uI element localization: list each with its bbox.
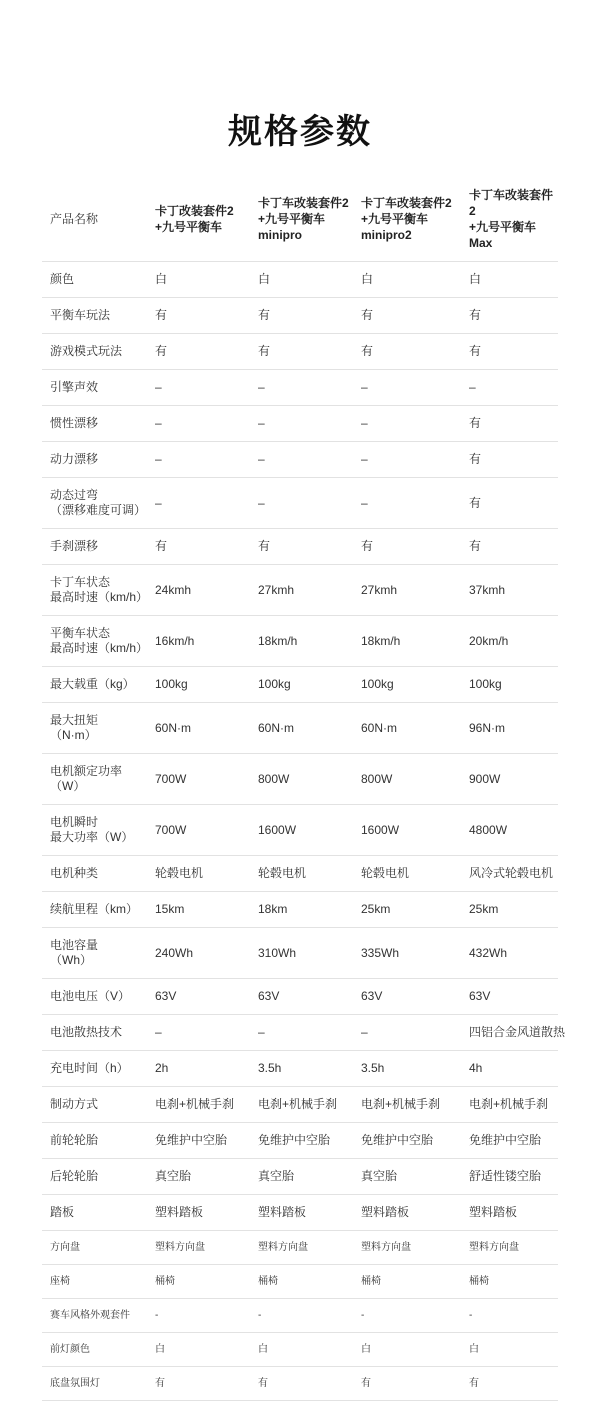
product-column-header-4: 卡丁车改装套件2 +九号平衡车 Max bbox=[469, 175, 558, 262]
spec-label: 电机额定功率 （W） bbox=[42, 754, 155, 805]
spec-value: 有 bbox=[155, 298, 258, 334]
spec-row: 电池容量 （Wh）240Wh310Wh335Wh432Wh bbox=[42, 928, 558, 979]
spec-value: 免维护中空胎 bbox=[361, 1123, 469, 1159]
spec-label: 电池电压（V） bbox=[42, 979, 155, 1015]
spec-page: 规格参数 产品名称 卡丁改装套件2 +九号平衡车 卡丁车改装套件2 +九号平衡车… bbox=[0, 0, 600, 1401]
spec-value: – bbox=[258, 370, 361, 406]
spec-value: 塑料踏板 bbox=[469, 1195, 558, 1231]
spec-label: 惯性漂移 bbox=[42, 406, 155, 442]
spec-value: 真空胎 bbox=[361, 1159, 469, 1195]
spec-value: 1600W bbox=[258, 805, 361, 856]
spec-row: 电池电压（V）63V63V63V63V bbox=[42, 979, 558, 1015]
spec-value: 900W bbox=[469, 754, 558, 805]
spec-value: 100kg bbox=[155, 667, 258, 703]
spec-value: - bbox=[258, 1299, 361, 1333]
spec-label: 充电时间（h） bbox=[42, 1051, 155, 1087]
spec-row: 最大扭矩 （N·m）60N·m60N·m60N·m96N·m bbox=[42, 703, 558, 754]
spec-value: 塑料方向盘 bbox=[155, 1231, 258, 1265]
spec-value: 有 bbox=[258, 334, 361, 370]
spec-value: 60N·m bbox=[258, 703, 361, 754]
spec-value: 电刹+机械手刹 bbox=[258, 1087, 361, 1123]
spec-row: 卡丁车状态 最高时速（km/h）24kmh27kmh27kmh37kmh bbox=[42, 565, 558, 616]
spec-value: 免维护中空胎 bbox=[469, 1123, 558, 1159]
spec-value: – bbox=[155, 478, 258, 529]
spec-value: 3.5h bbox=[258, 1051, 361, 1087]
spec-value: 白 bbox=[469, 262, 558, 298]
spec-value: 24kmh bbox=[155, 565, 258, 616]
spec-value: 25km bbox=[469, 892, 558, 928]
spec-value: 有 bbox=[469, 442, 558, 478]
spec-value: 4800W bbox=[469, 805, 558, 856]
spec-value: - bbox=[361, 1299, 469, 1333]
spec-row: 手刹漂移有有有有 bbox=[42, 529, 558, 565]
spec-value: 96N·m bbox=[469, 703, 558, 754]
spec-label: 踏板 bbox=[42, 1195, 155, 1231]
spec-label: 电池散热技术 bbox=[42, 1015, 155, 1051]
table-header-row: 产品名称 卡丁改装套件2 +九号平衡车 卡丁车改装套件2 +九号平衡车 mini… bbox=[42, 175, 558, 262]
spec-value: – bbox=[361, 370, 469, 406]
spec-row: 惯性漂移–––有 bbox=[42, 406, 558, 442]
spec-value: 白 bbox=[155, 262, 258, 298]
spec-value: 真空胎 bbox=[155, 1159, 258, 1195]
spec-row: 电机额定功率 （W）700W800W800W900W bbox=[42, 754, 558, 805]
spec-value: 800W bbox=[361, 754, 469, 805]
spec-label: 平衡车状态 最高时速（km/h） bbox=[42, 616, 155, 667]
spec-value: 3.5h bbox=[361, 1051, 469, 1087]
spec-row: 后轮轮胎真空胎真空胎真空胎舒适性镂空胎 bbox=[42, 1159, 558, 1195]
spec-value: 塑料方向盘 bbox=[469, 1231, 558, 1265]
spec-value: 100kg bbox=[469, 667, 558, 703]
spec-value: 700W bbox=[155, 805, 258, 856]
spec-value: – bbox=[155, 1015, 258, 1051]
spec-value: – bbox=[361, 1015, 469, 1051]
spec-value: – bbox=[155, 370, 258, 406]
spec-value: 有 bbox=[469, 478, 558, 529]
spec-value: 桶椅 bbox=[469, 1265, 558, 1299]
header-product-name-label: 产品名称 bbox=[42, 175, 155, 262]
spec-row: 游戏模式玩法有有有有 bbox=[42, 334, 558, 370]
spec-value: 800W bbox=[258, 754, 361, 805]
spec-value: – bbox=[258, 406, 361, 442]
spec-value: 有 bbox=[361, 298, 469, 334]
spec-value: 37kmh bbox=[469, 565, 558, 616]
spec-value: 有 bbox=[469, 529, 558, 565]
spec-value: 电刹+机械手刹 bbox=[361, 1087, 469, 1123]
spec-label: 动力漂移 bbox=[42, 442, 155, 478]
spec-value: 700W bbox=[155, 754, 258, 805]
spec-row: 动力漂移–––有 bbox=[42, 442, 558, 478]
spec-value: 18km/h bbox=[258, 616, 361, 667]
page-title: 规格参数 bbox=[0, 104, 600, 153]
spec-value: 25km bbox=[361, 892, 469, 928]
spec-value: – bbox=[469, 370, 558, 406]
spec-value: 63V bbox=[361, 979, 469, 1015]
spec-row: 平衡车状态 最高时速（km/h）16km/h18km/h18km/h20km/h bbox=[42, 616, 558, 667]
spec-label: 颜色 bbox=[42, 262, 155, 298]
spec-value: 有 bbox=[469, 298, 558, 334]
spec-row: 踏板塑料踏板塑料踏板塑料踏板塑料踏板 bbox=[42, 1195, 558, 1231]
spec-value: 1600W bbox=[361, 805, 469, 856]
spec-value: – bbox=[361, 478, 469, 529]
spec-label: 最大扭矩 （N·m） bbox=[42, 703, 155, 754]
spec-row: 制动方式电刹+机械手刹电刹+机械手刹电刹+机械手刹电刹+机械手刹 bbox=[42, 1087, 558, 1123]
spec-value: 有 bbox=[469, 406, 558, 442]
spec-label: 后轮轮胎 bbox=[42, 1159, 155, 1195]
spec-value: 有 bbox=[469, 334, 558, 370]
spec-value: 有 bbox=[258, 298, 361, 334]
spec-row: 赛车风格外观套件---- bbox=[42, 1299, 558, 1333]
spec-value: 20km/h bbox=[469, 616, 558, 667]
spec-value: 16km/h bbox=[155, 616, 258, 667]
spec-value: 白 bbox=[258, 262, 361, 298]
spec-row: 引擎声效–––– bbox=[42, 370, 558, 406]
spec-label: 动态过弯 （漂移难度可调） bbox=[42, 478, 155, 529]
spec-value: 免维护中空胎 bbox=[258, 1123, 361, 1159]
spec-value: 白 bbox=[361, 262, 469, 298]
spec-value: 白 bbox=[258, 1333, 361, 1367]
spec-row: 电池散热技术–––四铝合金风道散热 bbox=[42, 1015, 558, 1051]
spec-label: 方向盘 bbox=[42, 1231, 155, 1265]
spec-value: 白 bbox=[155, 1333, 258, 1367]
spec-label: 最大载重（kg） bbox=[42, 667, 155, 703]
spec-label: 平衡车玩法 bbox=[42, 298, 155, 334]
spec-value: 白 bbox=[469, 1333, 558, 1367]
spec-row: 颜色白白白白 bbox=[42, 262, 558, 298]
spec-label: 游戏模式玩法 bbox=[42, 334, 155, 370]
spec-value: 有 bbox=[258, 1367, 361, 1401]
product-column-header-1: 卡丁改装套件2 +九号平衡车 bbox=[155, 175, 258, 262]
spec-row: 前灯颜色白白白白 bbox=[42, 1333, 558, 1367]
spec-value: – bbox=[258, 478, 361, 529]
spec-value: 免维护中空胎 bbox=[155, 1123, 258, 1159]
spec-value: – bbox=[361, 442, 469, 478]
spec-value: 27kmh bbox=[258, 565, 361, 616]
spec-value: 4h bbox=[469, 1051, 558, 1087]
spec-value: 100kg bbox=[361, 667, 469, 703]
spec-value: – bbox=[155, 406, 258, 442]
spec-value: 轮毂电机 bbox=[155, 856, 258, 892]
product-column-header-2: 卡丁车改装套件2 +九号平衡车 minipro bbox=[258, 175, 361, 262]
spec-value: 有 bbox=[155, 529, 258, 565]
spec-value: 有 bbox=[155, 334, 258, 370]
spec-value: 15km bbox=[155, 892, 258, 928]
spec-table: 产品名称 卡丁改装套件2 +九号平衡车 卡丁车改装套件2 +九号平衡车 mini… bbox=[42, 175, 558, 1401]
spec-label: 续航里程（km） bbox=[42, 892, 155, 928]
spec-value: 电刹+机械手刹 bbox=[469, 1087, 558, 1123]
spec-value: 有 bbox=[361, 334, 469, 370]
spec-value: – bbox=[258, 442, 361, 478]
spec-row: 电机瞬时 最大功率（W）700W1600W1600W4800W bbox=[42, 805, 558, 856]
spec-label: 电机种类 bbox=[42, 856, 155, 892]
spec-value: 有 bbox=[361, 1367, 469, 1401]
spec-value: 63V bbox=[155, 979, 258, 1015]
spec-value: - bbox=[469, 1299, 558, 1333]
spec-label: 制动方式 bbox=[42, 1087, 155, 1123]
spec-label: 手刹漂移 bbox=[42, 529, 155, 565]
spec-value: 桶椅 bbox=[258, 1265, 361, 1299]
spec-value: 63V bbox=[469, 979, 558, 1015]
spec-label: 座椅 bbox=[42, 1265, 155, 1299]
spec-row: 动态过弯 （漂移难度可调）–––有 bbox=[42, 478, 558, 529]
spec-label: 前灯颜色 bbox=[42, 1333, 155, 1367]
spec-row: 电机种类轮毂电机轮毂电机轮毂电机风冷式轮毂电机 bbox=[42, 856, 558, 892]
spec-value: 四铝合金风道散热 bbox=[469, 1015, 558, 1051]
spec-value: 塑料踏板 bbox=[361, 1195, 469, 1231]
spec-label: 电池容量 （Wh） bbox=[42, 928, 155, 979]
spec-value: 轮毂电机 bbox=[361, 856, 469, 892]
spec-label: 电机瞬时 最大功率（W） bbox=[42, 805, 155, 856]
spec-value: – bbox=[258, 1015, 361, 1051]
spec-row: 最大载重（kg）100kg100kg100kg100kg bbox=[42, 667, 558, 703]
spec-value: 塑料方向盘 bbox=[361, 1231, 469, 1265]
spec-value: 有 bbox=[361, 529, 469, 565]
spec-value: 白 bbox=[361, 1333, 469, 1367]
spec-row: 座椅桶椅桶椅桶椅桶椅 bbox=[42, 1265, 558, 1299]
spec-value: 塑料方向盘 bbox=[258, 1231, 361, 1265]
spec-value: 有 bbox=[258, 529, 361, 565]
spec-row: 平衡车玩法有有有有 bbox=[42, 298, 558, 334]
spec-row: 底盘氛围灯有有有有 bbox=[42, 1367, 558, 1401]
spec-value: 轮毂电机 bbox=[258, 856, 361, 892]
spec-value: 432Wh bbox=[469, 928, 558, 979]
spec-label: 引擎声效 bbox=[42, 370, 155, 406]
spec-value: 有 bbox=[469, 1367, 558, 1401]
spec-row: 方向盘塑料方向盘塑料方向盘塑料方向盘塑料方向盘 bbox=[42, 1231, 558, 1265]
spec-value: 真空胎 bbox=[258, 1159, 361, 1195]
spec-value: 桶椅 bbox=[361, 1265, 469, 1299]
spec-row: 充电时间（h）2h3.5h3.5h4h bbox=[42, 1051, 558, 1087]
spec-value: 桶椅 bbox=[155, 1265, 258, 1299]
spec-value: 18km bbox=[258, 892, 361, 928]
spec-value: 风冷式轮毂电机 bbox=[469, 856, 558, 892]
spec-value: 2h bbox=[155, 1051, 258, 1087]
spec-value: – bbox=[155, 442, 258, 478]
spec-value: 电刹+机械手刹 bbox=[155, 1087, 258, 1123]
spec-value: 舒适性镂空胎 bbox=[469, 1159, 558, 1195]
spec-value: – bbox=[361, 406, 469, 442]
spec-value: 60N·m bbox=[361, 703, 469, 754]
product-column-header-3: 卡丁车改装套件2 +九号平衡车 minipro2 bbox=[361, 175, 469, 262]
spec-value: 100kg bbox=[258, 667, 361, 703]
spec-value: 塑料踏板 bbox=[155, 1195, 258, 1231]
spec-label: 前轮轮胎 bbox=[42, 1123, 155, 1159]
spec-row: 前轮轮胎免维护中空胎免维护中空胎免维护中空胎免维护中空胎 bbox=[42, 1123, 558, 1159]
spec-value: 63V bbox=[258, 979, 361, 1015]
spec-label: 卡丁车状态 最高时速（km/h） bbox=[42, 565, 155, 616]
spec-table-body: 颜色白白白白平衡车玩法有有有有游戏模式玩法有有有有引擎声效––––惯性漂移–––… bbox=[42, 262, 558, 1401]
spec-value: - bbox=[155, 1299, 258, 1333]
spec-value: 310Wh bbox=[258, 928, 361, 979]
spec-row: 续航里程（km）15km18km25km25km bbox=[42, 892, 558, 928]
spec-label: 底盘氛围灯 bbox=[42, 1367, 155, 1401]
spec-value: 塑料踏板 bbox=[258, 1195, 361, 1231]
spec-value: 335Wh bbox=[361, 928, 469, 979]
spec-value: 240Wh bbox=[155, 928, 258, 979]
spec-value: 60N·m bbox=[155, 703, 258, 754]
spec-value: 有 bbox=[155, 1367, 258, 1401]
spec-label: 赛车风格外观套件 bbox=[42, 1299, 155, 1333]
spec-value: 18km/h bbox=[361, 616, 469, 667]
spec-value: 27kmh bbox=[361, 565, 469, 616]
